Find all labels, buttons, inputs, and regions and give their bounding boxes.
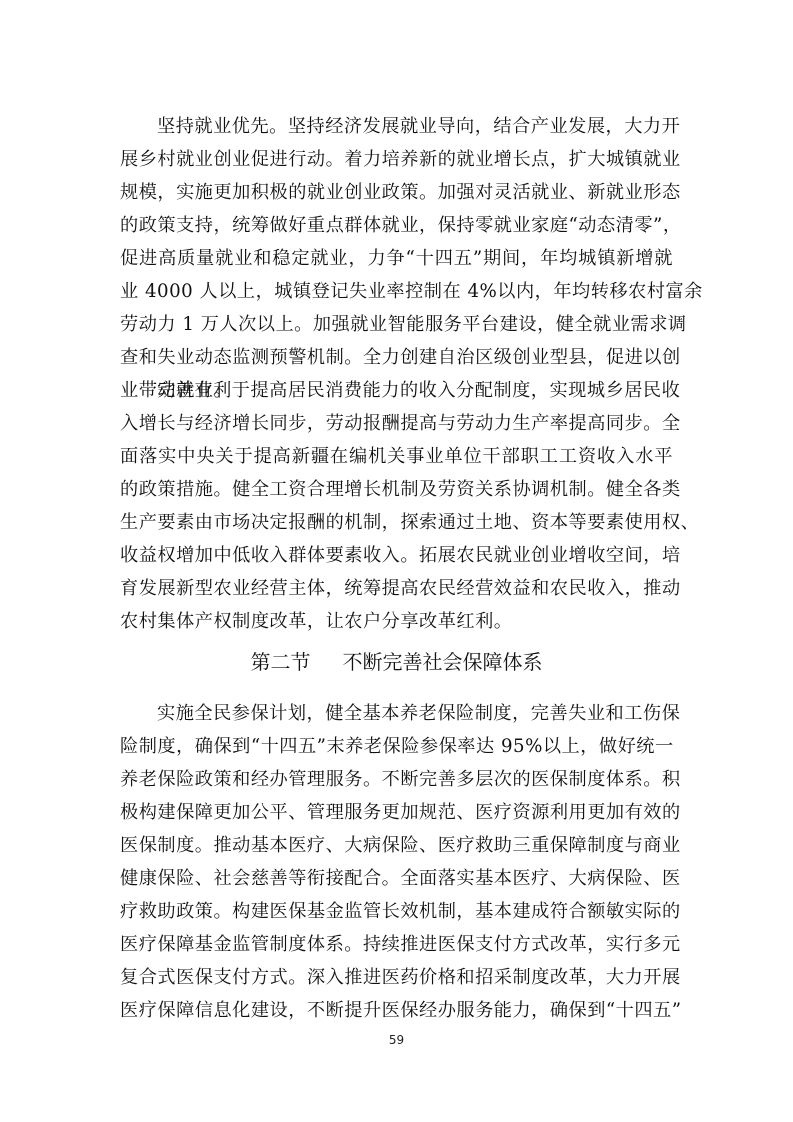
text-line: 复合式医保支付方式。深入推进医药价格和招采制度改革，大力开展 [120, 961, 673, 994]
text-line: 的政策支持，统筹做好重点群体就业，保持零就业家庭“动态清零”， [120, 209, 673, 242]
text-line: 医疗保障基金监管制度体系。持续推进医保支付方式改革，实行多元 [120, 928, 673, 961]
text-line: 极构建保障更加公平、管理服务更加规范、医疗资源利用更加有效的 [120, 796, 673, 829]
section-heading: 第二节不断完善社会保障体系 [0, 645, 793, 679]
text-line: 养老保险政策和经办管理服务。不断完善多层次的医保制度体系。积 [120, 763, 673, 796]
text-line: 收益权增加中低收入群体要素收入。拓展农民就业创业增收空间，培 [120, 539, 673, 572]
text-line: 疗救助政策。构建医保基金监管长效机制，基本建成符合额敏实际的 [120, 895, 673, 928]
text-line: 劳动力 1 万人次以上。加强就业智能服务平台建设，健全就业需求调 [120, 308, 673, 341]
text-line: 促进高质量就业和稳定就业，力争“十四五”期间，年均城镇新增就 [120, 242, 673, 275]
paragraph-employment-priority: 坚持就业优先。坚持经济发展就业导向，结合产业发展，大力开 展乡村就业创业促进行动… [120, 110, 673, 407]
text-line: 面落实中央关于提高新疆在编机关事业单位干部职工工资收入水平 [120, 440, 673, 473]
text-line: 规模，实施更加积极的就业创业政策。加强对灵活就业、新就业形态 [120, 176, 673, 209]
text-line: 农村集体产权制度改革，让农户分享改革红利。 [120, 605, 673, 638]
text-line: 实施全民参保计划，健全基本养老保险制度，完善失业和工伤保 [120, 697, 673, 730]
paragraph-income-distribution: 完善有利于提高居民消费能力的收入分配制度，实现城乡居民收 入增长与经济增长同步，… [120, 374, 673, 638]
page-number: 59 [0, 1033, 793, 1047]
text-line: 险制度，确保到“十四五”末养老保险参保率达 95%以上，做好统一 [120, 730, 673, 763]
text-line: 育发展新型农业经营主体，统筹提高农民经营效益和农民收入，推动 [120, 572, 673, 605]
text-line: 的政策措施。健全工资合理增长机制及劳资关系协调机制。健全各类 [120, 473, 673, 506]
text-line: 坚持就业优先。坚持经济发展就业导向，结合产业发展，大力开 [120, 110, 673, 143]
paragraph-social-insurance: 实施全民参保计划，健全基本养老保险制度，完善失业和工伤保 险制度，确保到“十四五… [120, 697, 673, 1027]
text-line: 查和失业动态监测预警机制。全力创建自治区级创业型县，促进以创 [120, 341, 673, 374]
document-page: 坚持就业优先。坚持经济发展就业导向，结合产业发展，大力开 展乡村就业创业促进行动… [0, 0, 793, 1122]
text-line: 生产要素由市场决定报酬的机制，探索通过土地、资本等要素使用权、 [120, 506, 673, 539]
text-line: 完善有利于提高居民消费能力的收入分配制度，实现城乡居民收 [120, 374, 673, 407]
text-line: 医保制度。推动基本医疗、大病保险、医疗救助三重保障制度与商业 [120, 829, 673, 862]
text-line: 入增长与经济增长同步，劳动报酬提高与劳动力生产率提高同步。全 [120, 407, 673, 440]
text-line: 医疗保障信息化建设，不断提升医保经办服务能力，确保到“十四五” [120, 994, 673, 1027]
section-title: 不断完善社会保障体系 [343, 650, 543, 674]
text-line: 健康保险、社会慈善等衔接配合。全面落实基本医疗、大病保险、医 [120, 862, 673, 895]
text-line: 展乡村就业创业促进行动。着力培养新的就业增长点，扩大城镇就业 [120, 143, 673, 176]
text-line: 业 4000 人以上，城镇登记失业率控制在 4%以内，年均转移农村富余 [120, 275, 673, 308]
section-number: 第二节 [251, 650, 311, 674]
